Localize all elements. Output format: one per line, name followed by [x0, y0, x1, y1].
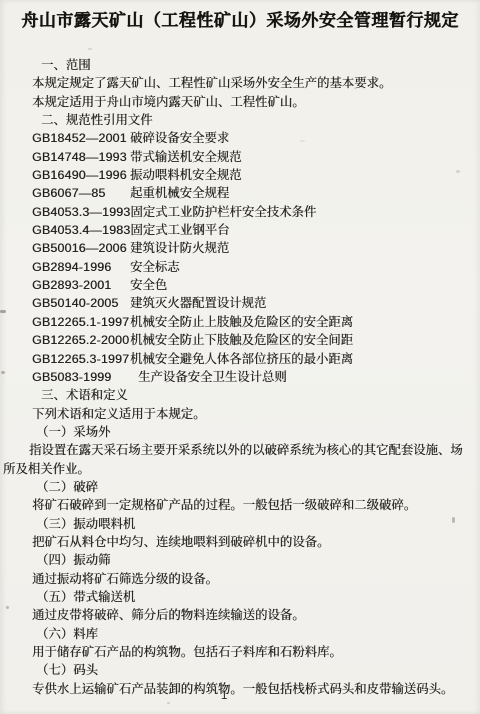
term-label: （一）采场外 — [0, 423, 480, 441]
scan-speck — [456, 170, 460, 173]
standard-name: 生产设备安全卫生设计总则 — [138, 368, 287, 386]
standard-row: GB16490—1996 振动喂料机安全规范 — [0, 166, 480, 184]
scan-speck — [167, 702, 170, 704]
standard-row: GB5083-1999 生产设备安全卫生设计总则 — [0, 368, 480, 386]
scan-speck — [452, 517, 455, 523]
term-definition: 专供水上运输矿石产品装卸的构筑物。一般包括栈桥式码头和皮带输送码头。 — [0, 680, 480, 698]
standard-name: 破碎设备安全要求 — [130, 129, 229, 147]
scan-speck — [300, 140, 305, 142]
term-definition: 把矿石从料仓中均匀、连续地喂料到破碎机中的设备。 — [0, 533, 480, 551]
standard-code: GB5083-1999 — [32, 368, 138, 386]
term-label: （四）振动筛 — [0, 551, 480, 569]
standard-row: GB4053.4—1983 固定式工业钢平台 — [0, 221, 480, 239]
standard-name: 建筑灭火器配置设计规范 — [130, 294, 266, 312]
standard-row: GB4053.3—1993 固定式工业防护栏杆安全技术条件 — [0, 203, 480, 221]
term-definition: 将矿石破碎到一定规格矿产品的过程。一般包括一级破碎和二级破碎。 — [0, 496, 480, 514]
term-label: （二）破碎 — [0, 478, 480, 496]
standard-name: 起重机械安全规程 — [130, 184, 229, 202]
standard-name: 机械安全防止上肢触及危险区的安全距离 — [130, 313, 353, 331]
standard-row: GB2893-2001 安全色 — [0, 276, 480, 294]
standard-code: GB50016—2006 — [32, 239, 130, 257]
term-definition: 通过皮带将破碎、筛分后的物料连续输送的设备。 — [0, 606, 480, 624]
scanned-document-page: 舟山市露天矿山（工程性矿山）采场外安全管理暂行规定 一、范围 本规定规定了露天矿… — [0, 0, 480, 714]
scan-speck — [6, 606, 9, 609]
standard-name: 机械安全避免人体各部位挤压的最小距离 — [130, 350, 353, 368]
standard-row: GB18452—2001 破碎设备安全要求 — [0, 129, 480, 147]
scan-speck — [1, 371, 5, 374]
standard-row: GB6067—85 起重机械安全规程 — [0, 184, 480, 202]
document-body: 一、范围 本规定规定了露天矿山、工程性矿山采场外安全生产的基本要求。 本规定适用… — [0, 56, 480, 698]
term-definition: 通过振动将矿石筛选分级的设备。 — [0, 570, 480, 588]
section-heading-scope: 一、范围 — [0, 56, 480, 74]
standard-name: 建筑设计防火规范 — [130, 239, 229, 257]
standard-code: GB4053.3—1993 — [32, 203, 130, 221]
standard-name: 固定式工业钢平台 — [130, 221, 229, 239]
standard-row: GB50016—2006 建筑设计防火规范 — [0, 239, 480, 257]
standard-code: GB12265.3-1997 — [32, 350, 130, 368]
term-label: （五）带式输送机 — [0, 588, 480, 606]
page-number: 1 — [221, 690, 227, 702]
standard-row: GB12265.2-2000 机械安全防止下肢触及危险区的安全间距 — [0, 331, 480, 349]
standard-row: GB50140-2005 建筑灭火器配置设计规范 — [0, 294, 480, 312]
standard-code: GB12265.2-2000 — [32, 331, 130, 349]
terms-intro: 下列术语和定义适用于本规定。 — [0, 405, 480, 423]
term-definition: 指设置在露天采石场主要开采系统以外的以破碎系统为核心的其它配套设施、场所及相关作… — [3, 441, 480, 478]
scan-speck — [88, 48, 92, 50]
standard-code: GB6067—85 — [32, 184, 130, 202]
standard-row: GB12265.1-1997 机械安全防止上肢触及危险区的安全距离 — [0, 313, 480, 331]
term-label: （七）码头 — [0, 661, 480, 679]
standard-row: GB12265.3-1997 机械安全避免人体各部位挤压的最小距离 — [0, 350, 480, 368]
standard-row: GB14748—1993 带式输送机安全规范 — [0, 148, 480, 166]
standard-code: GB12265.1-1997 — [32, 313, 130, 331]
standard-code: GB2893-2001 — [32, 276, 130, 294]
scan-speck — [0, 310, 6, 313]
standard-name: 带式输送机安全规范 — [130, 148, 242, 166]
standard-code: GB18452—2001 — [32, 129, 130, 147]
paragraph: 本规定适用于舟山市境内露天矿山、工程性矿山。 — [0, 93, 480, 111]
standard-code: GB50140-2005 — [32, 294, 130, 312]
term-label: （三）振动喂料机 — [0, 515, 480, 533]
term-label: （六）料库 — [0, 625, 480, 643]
section-heading-references: 二、规范性引用文件 — [0, 111, 480, 129]
standard-code: GB16490—1996 — [32, 166, 130, 184]
section-heading-terms: 三、术语和定义 — [0, 386, 480, 404]
standard-name: 振动喂料机安全规范 — [130, 166, 242, 184]
standard-row: GB2894-1996 安全标志 — [0, 258, 480, 276]
standard-code: GB14748—1993 — [32, 148, 130, 166]
term-definition: 用于储存矿石产品的构筑物。包括石子料库和石粉料库。 — [0, 643, 480, 661]
standard-name: 机械安全防止下肢触及危险区的安全间距 — [130, 331, 353, 349]
standard-code: GB2894-1996 — [32, 258, 130, 276]
standard-code: GB4053.4—1983 — [32, 221, 130, 239]
paragraph: 本规定规定了露天矿山、工程性矿山采场外安全生产的基本要求。 — [0, 74, 480, 92]
standard-name: 安全色 — [130, 276, 167, 294]
standard-name: 安全标志 — [130, 258, 180, 276]
document-title: 舟山市露天矿山（工程性矿山）采场外安全管理暂行规定 — [0, 0, 480, 31]
standard-name: 固定式工业防护栏杆安全技术条件 — [130, 203, 316, 221]
